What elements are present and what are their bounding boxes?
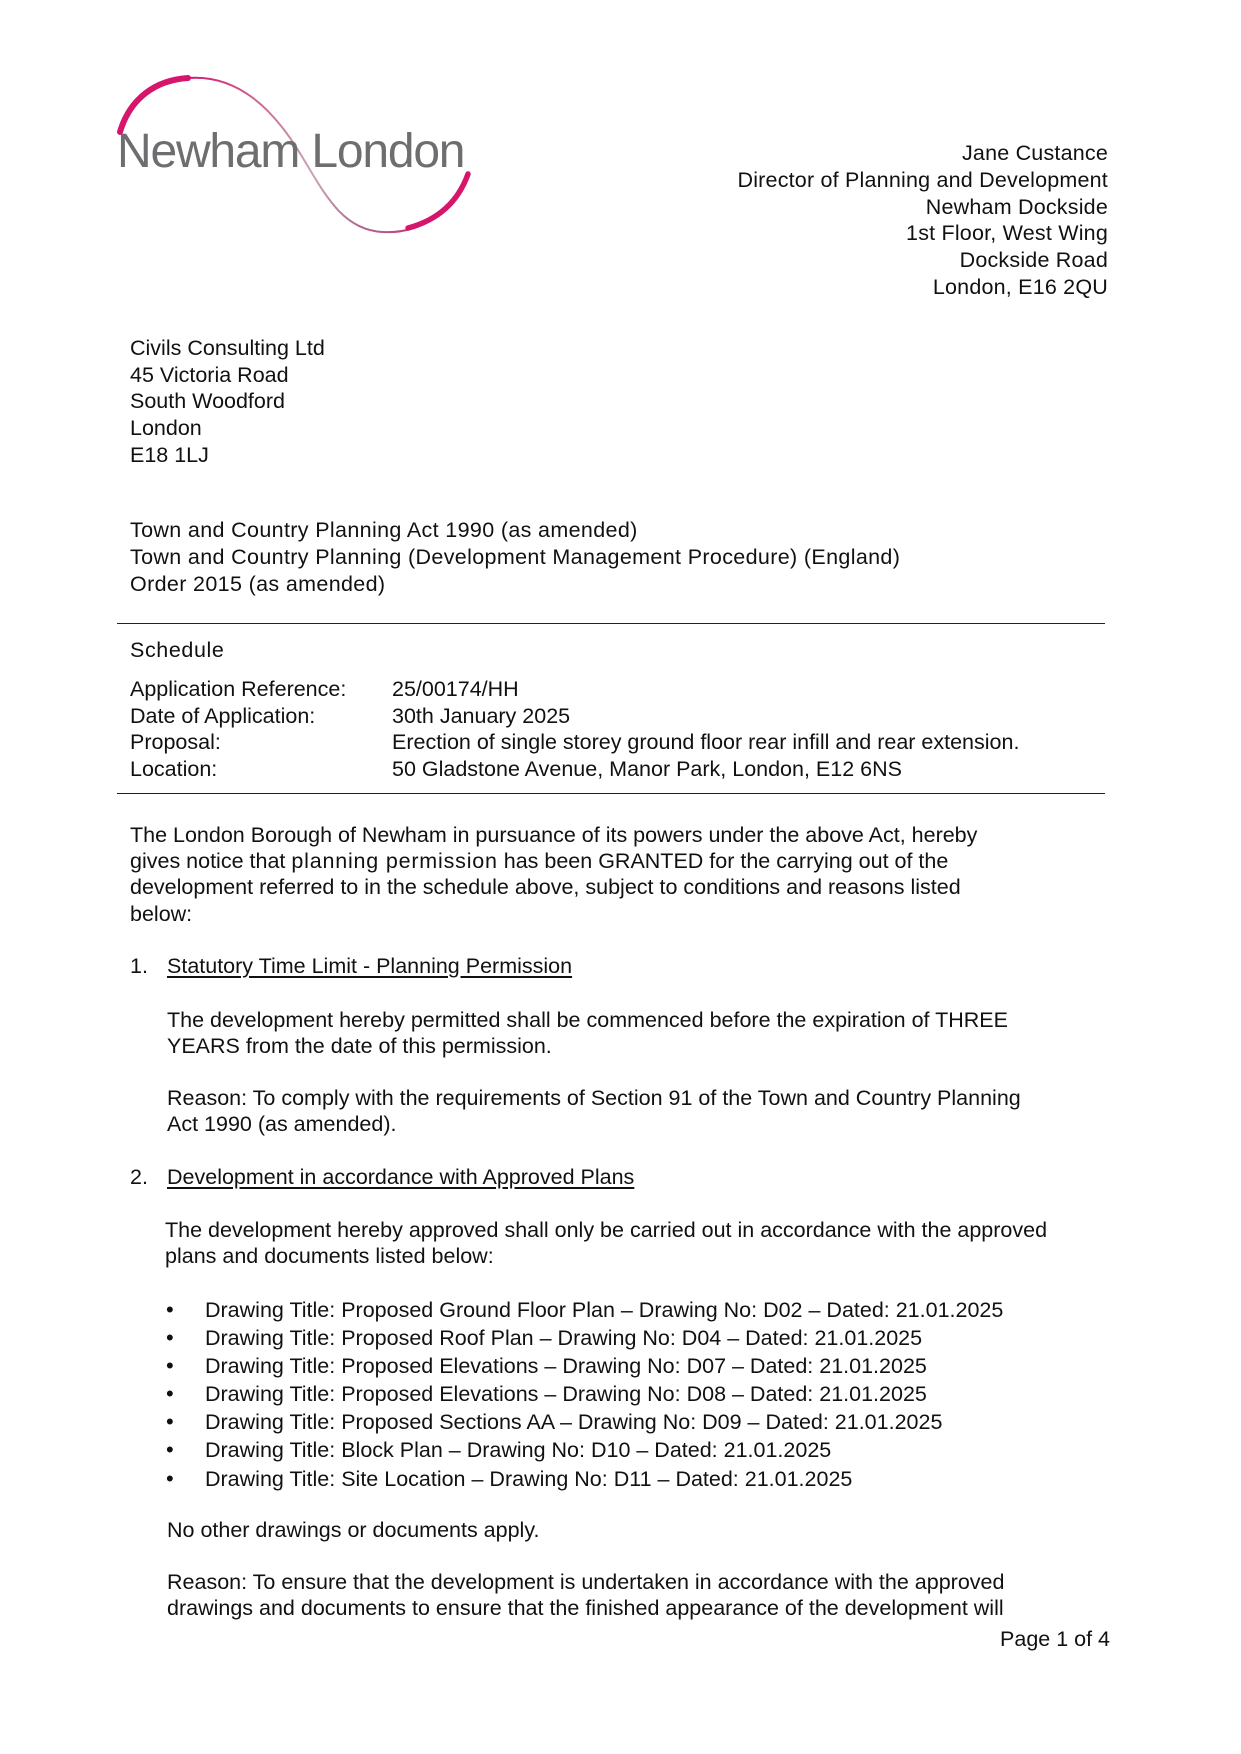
application-reference: 25/00174/HH bbox=[392, 676, 519, 703]
bullet-icon: • bbox=[166, 1466, 205, 1493]
sender-address: Jane Custance Director of Planning and D… bbox=[737, 140, 1108, 301]
notice-text: has been GRANTED for the carrying out of… bbox=[498, 849, 949, 873]
sender-address-line: Dockside Road bbox=[737, 247, 1108, 274]
location-text: 50 Gladstone Avenue, Manor Park, London,… bbox=[392, 756, 902, 783]
drawing-entry: Drawing Title: Proposed Roof Plan – Draw… bbox=[205, 1325, 922, 1352]
recipient-line: E18 1LJ bbox=[130, 442, 325, 469]
condition-number: 1. bbox=[130, 953, 167, 980]
logo-text: Newham London bbox=[117, 122, 464, 182]
sender-name: Jane Custance bbox=[737, 140, 1108, 167]
reason-text: Act 1990 (as amended). bbox=[167, 1111, 1021, 1137]
schedule-label: Proposal: bbox=[130, 729, 392, 756]
approved-drawings-list: • Drawing Title: Proposed Ground Floor P… bbox=[166, 1296, 1003, 1493]
bullet-icon: • bbox=[166, 1437, 205, 1464]
newham-london-logo: Newham London bbox=[108, 70, 478, 242]
page-number: Page 1 of 4 bbox=[1000, 1626, 1110, 1653]
act-line: Town and Country Planning (Development M… bbox=[130, 544, 900, 571]
condition-2-reason: Reason: To ensure that the development i… bbox=[167, 1569, 1004, 1621]
drawing-list-item: • Drawing Title: Site Location – Drawing… bbox=[166, 1465, 1003, 1493]
condition-title: Statutory Time Limit - Planning Permissi… bbox=[167, 953, 572, 980]
condition-text: YEARS from the date of this permission. bbox=[167, 1033, 1008, 1059]
recipient-line: 45 Victoria Road bbox=[130, 362, 325, 389]
reason-text: drawings and documents to ensure that th… bbox=[167, 1595, 1004, 1621]
schedule-label: Location: bbox=[130, 756, 392, 783]
sender-address-line: Newham Dockside bbox=[737, 194, 1108, 221]
drawing-list-item: • Drawing Title: Proposed Sections AA – … bbox=[166, 1409, 1003, 1437]
schedule-label: Application Reference: bbox=[130, 676, 392, 703]
condition-2-heading: 2. Development in accordance with Approv… bbox=[130, 1164, 634, 1191]
drawing-list-item: • Drawing Title: Proposed Elevations – D… bbox=[166, 1352, 1003, 1380]
drawing-entry: Drawing Title: Proposed Elevations – Dra… bbox=[205, 1381, 927, 1408]
drawing-list-item: • Drawing Title: Block Plan – Drawing No… bbox=[166, 1437, 1003, 1465]
sender-title: Director of Planning and Development bbox=[737, 167, 1108, 194]
bullet-icon: • bbox=[166, 1297, 205, 1324]
drawing-entry: Drawing Title: Block Plan – Drawing No: … bbox=[205, 1437, 831, 1464]
drawing-list-item: • Drawing Title: Proposed Roof Plan – Dr… bbox=[166, 1324, 1003, 1352]
reason-text: Reason: To ensure that the development i… bbox=[167, 1569, 1004, 1595]
condition-1-body: The development hereby permitted shall b… bbox=[167, 1007, 1008, 1059]
condition-text: plans and documents listed below: bbox=[165, 1243, 1047, 1269]
reason-text: Reason: To comply with the requirements … bbox=[167, 1085, 1021, 1111]
bullet-icon: • bbox=[166, 1353, 205, 1380]
recipient-address: Civils Consulting Ltd 45 Victoria Road S… bbox=[130, 335, 325, 468]
schedule-label: Date of Application: bbox=[130, 703, 392, 730]
schedule-row: Location: 50 Gladstone Avenue, Manor Par… bbox=[130, 756, 1019, 783]
act-line: Order 2015 (as amended) bbox=[130, 571, 900, 598]
schedule-row: Date of Application: 30th January 2025 bbox=[130, 703, 1019, 730]
proposal-text: Erection of single storey ground floor r… bbox=[392, 729, 1019, 756]
recipient-line: Civils Consulting Ltd bbox=[130, 335, 325, 362]
notice-line: development referred to in the schedule … bbox=[130, 874, 977, 900]
schedule-table: Application Reference: 25/00174/HH Date … bbox=[130, 676, 1019, 782]
sender-address-line: 1st Floor, West Wing bbox=[737, 220, 1108, 247]
bullet-icon: • bbox=[166, 1381, 205, 1408]
bullet-icon: • bbox=[166, 1409, 205, 1436]
condition-1-reason: Reason: To comply with the requirements … bbox=[167, 1085, 1021, 1137]
condition-1-heading: 1. Statutory Time Limit - Planning Permi… bbox=[130, 953, 572, 980]
condition-text: The development hereby approved shall on… bbox=[165, 1217, 1047, 1243]
notice-text: gives notice that bbox=[130, 849, 291, 873]
recipient-line: South Woodford bbox=[130, 388, 325, 415]
bullet-icon: • bbox=[166, 1325, 205, 1352]
condition-2-body: The development hereby approved shall on… bbox=[165, 1217, 1047, 1269]
drawing-list-item: • Drawing Title: Proposed Ground Floor P… bbox=[166, 1296, 1003, 1324]
schedule-top-divider bbox=[117, 623, 1105, 624]
notice-line: gives notice that planning permission ha… bbox=[130, 848, 977, 874]
drawing-entry: Drawing Title: Proposed Elevations – Dra… bbox=[205, 1353, 927, 1380]
notice-line: below: bbox=[130, 901, 977, 927]
drawing-entry: Drawing Title: Proposed Sections AA – Dr… bbox=[205, 1409, 942, 1436]
legislation-heading: Town and Country Planning Act 1990 (as a… bbox=[130, 517, 900, 597]
condition-title: Development in accordance with Approved … bbox=[167, 1164, 634, 1191]
condition-text: No other drawings or documents apply. bbox=[167, 1517, 539, 1543]
schedule-title: Schedule bbox=[130, 637, 224, 664]
no-other-documents-note: No other drawings or documents apply. bbox=[167, 1517, 539, 1543]
drawing-list-item: • Drawing Title: Proposed Elevations – D… bbox=[166, 1380, 1003, 1408]
notice-line: The London Borough of Newham in pursuanc… bbox=[130, 822, 977, 848]
drawing-entry: Drawing Title: Proposed Ground Floor Pla… bbox=[205, 1297, 1003, 1324]
act-line: Town and Country Planning Act 1990 (as a… bbox=[130, 517, 900, 544]
schedule-row: Proposal: Erection of single storey grou… bbox=[130, 729, 1019, 756]
condition-number: 2. bbox=[130, 1164, 167, 1191]
grant-notice-paragraph: The London Borough of Newham in pursuanc… bbox=[130, 822, 977, 927]
application-date: 30th January 2025 bbox=[392, 703, 570, 730]
schedule-bottom-divider bbox=[117, 793, 1105, 794]
schedule-row: Application Reference: 25/00174/HH bbox=[130, 676, 1019, 703]
drawing-entry: Drawing Title: Site Location – Drawing N… bbox=[205, 1466, 852, 1493]
condition-text: The development hereby permitted shall b… bbox=[167, 1007, 1008, 1033]
notice-emphasis: planning permission bbox=[291, 849, 497, 873]
sender-address-line: London, E16 2QU bbox=[737, 274, 1108, 301]
recipient-line: London bbox=[130, 415, 325, 442]
